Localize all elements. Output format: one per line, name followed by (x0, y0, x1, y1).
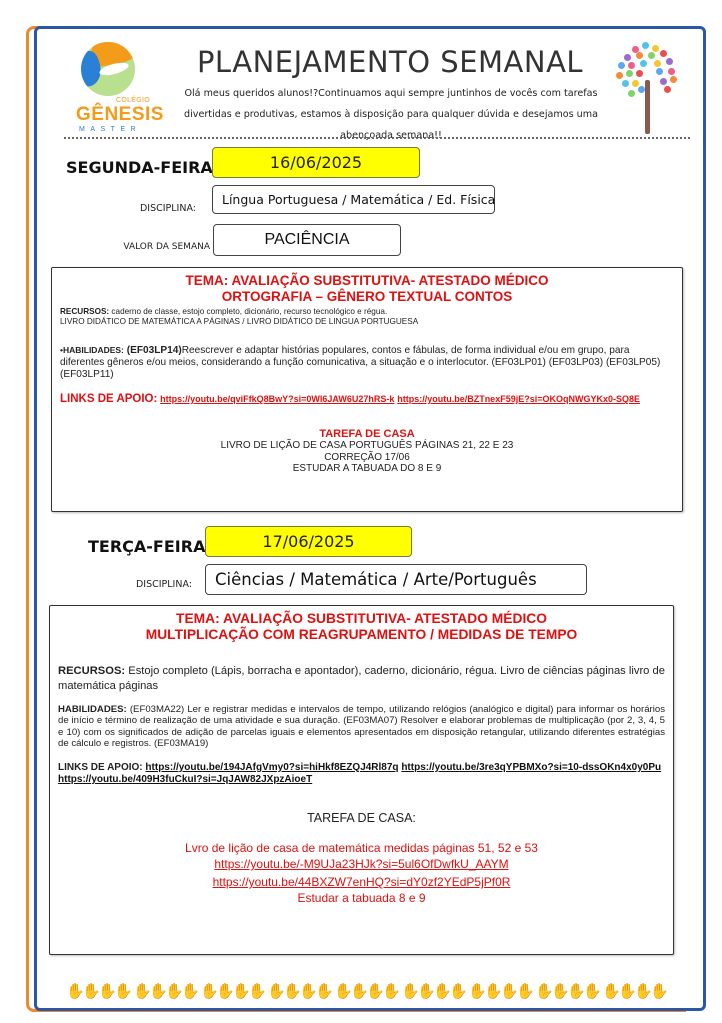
leaf-icon (636, 70, 643, 77)
valor-da-semana-field: PACIÊNCIA (213, 224, 401, 256)
hand-icon: ✋ (133, 982, 147, 1002)
leaf-icon (636, 52, 643, 59)
hand-icon: ✋ (449, 982, 463, 1002)
logo-colegio-text: COLÉGIO (116, 97, 150, 104)
hand-icon: ✋ (315, 982, 329, 1002)
logo-emblem (81, 42, 135, 96)
hand-icon: ✋ (232, 982, 246, 1002)
support-link[interactable]: https://youtu.be/3re3qYPBMXo?si=10-dssOK… (401, 762, 661, 773)
links-tuesday: LINKS DE APOIO: https://youtu.be/194JAfg… (50, 750, 673, 787)
logo-genesis-text: GÊNESIS (76, 104, 164, 126)
hand-icon: ✋ (149, 982, 163, 1002)
hand-icon: ✋ (216, 982, 230, 1002)
hand-icon: ✋ (299, 982, 313, 1002)
hand-icon: ✋ (634, 982, 648, 1002)
leaf-icon (656, 68, 663, 75)
hand-icon: ✋ (567, 982, 581, 1002)
leaf-icon (622, 80, 629, 87)
hand-icon: ✋ (98, 982, 112, 1002)
hand-icon: ✋ (551, 982, 565, 1002)
leaf-icon (618, 62, 625, 69)
support-link[interactable]: https://youtu.be/194JAfgVmy0?si=hiHkf8EZ… (145, 762, 398, 773)
hand-icon: ✋ (468, 982, 482, 1002)
hand-icon: ✋ (500, 982, 514, 1002)
tema-title-tuesday: TEMA: AVALIAÇÃO SUBSTITUTIVA- ATESTADO M… (50, 611, 673, 643)
hand-icon: ✋ (283, 982, 297, 1002)
valor-label: VALOR DA SEMANA (80, 242, 210, 252)
hand-icon: ✋ (181, 982, 195, 1002)
leaf-icon (652, 45, 659, 52)
links-monday: LINKS DE APOIO: https://youtu.be/qviFfkQ… (52, 381, 682, 406)
day-label-monday: SEGUNDA-FEIRA (66, 158, 213, 177)
hand-icon: ✋ (382, 982, 396, 1002)
hand-icon: ✋ (66, 982, 80, 1002)
leaf-icon (640, 60, 647, 67)
logo-master-text: MASTER (79, 126, 141, 133)
lesson-box-monday: TEMA: AVALIAÇÃO SUBSTITUTIVA- ATESTADO M… (51, 267, 683, 512)
day-label-tuesday: TERÇA-FEIRA (88, 537, 205, 556)
leaf-icon (666, 58, 673, 65)
recursos-monday: RECURSOS: caderno de classe, estojo comp… (52, 305, 682, 327)
homework-link[interactable]: https://youtu.be/-M9UJa23HJk?si=5ul6OfDw… (214, 857, 508, 871)
date-badge-monday: 16/06/2025 (212, 147, 420, 178)
hand-icon: ✋ (267, 982, 281, 1002)
leaf-icon (648, 52, 655, 59)
leaf-icon (654, 60, 661, 67)
leaf-icon (668, 68, 675, 75)
disciplina-field-monday: Língua Portuguesa / Matemática / Ed. Fís… (212, 185, 495, 214)
leaf-icon (660, 50, 667, 57)
leaf-icon (616, 72, 623, 79)
colorful-tree-icon (612, 40, 678, 134)
leaf-icon (664, 86, 671, 93)
leaf-icon (628, 90, 635, 97)
hand-icon: ✋ (366, 982, 380, 1002)
leaf-icon (660, 78, 667, 85)
header-divider (64, 137, 690, 139)
habilidades-monday: •HABILIDADES: (EF03LP14)Reescrever e ada… (52, 327, 682, 381)
leaf-icon (670, 76, 677, 83)
hand-icon: ✋ (650, 982, 664, 1002)
leaf-icon (624, 54, 631, 61)
disciplina-label-monday: DISCIPLINA: (100, 203, 196, 214)
hand-icon: ✋ (618, 982, 632, 1002)
hand-icon: ✋ (583, 982, 597, 1002)
tarefa-tuesday: TAREFA DE CASA: Lvro de lição de casa de… (50, 787, 673, 906)
hand-icon: ✋ (401, 982, 415, 1002)
hand-icon: ✋ (535, 982, 549, 1002)
hand-icon: ✋ (417, 982, 431, 1002)
tema-title-monday: TEMA: AVALIAÇÃO SUBSTITUTIVA- ATESTADO M… (52, 273, 682, 305)
colorful-hands-border-icon: ✋✋✋✋✋✋✋✋✋✋✋✋✋✋✋✋✋✋✋✋✋✋✋✋✋✋✋✋✋✋✋✋✋✋✋✋ (66, 982, 666, 1006)
hand-icon: ✋ (114, 982, 128, 1002)
hand-icon: ✋ (248, 982, 262, 1002)
support-link[interactable]: https://youtu.be/qviFfkQ8BwY?si=0Wl6JAW6… (160, 394, 394, 404)
hand-icon: ✋ (350, 982, 364, 1002)
leaf-icon (638, 86, 645, 93)
leaf-icon (626, 70, 633, 77)
tarefa-monday: TAREFA DE CASA LIVRO DE LIÇÃO DE CASA PO… (52, 406, 682, 475)
hand-icon: ✋ (82, 982, 96, 1002)
support-link[interactable]: https://youtu.be/BZTnexF59jE?si=OKOqNWGY… (397, 394, 640, 404)
hand-icon: ✋ (516, 982, 530, 1002)
hand-icon: ✋ (433, 982, 447, 1002)
disciplina-field-tuesday: Ciências / Matemática / Arte/Português (205, 564, 587, 595)
page-title: PLANEJAMENTO SEMANAL (170, 45, 610, 79)
date-badge-tuesday: 17/06/2025 (205, 526, 412, 557)
disciplina-label-tuesday: DISCIPLINA: (100, 579, 192, 590)
hand-icon: ✋ (165, 982, 179, 1002)
support-link[interactable]: https://youtu.be/409H3fuCkuI?si=JqJAW82J… (58, 774, 312, 785)
recursos-tuesday: RECURSOS: Estojo completo (Lápis, borrac… (50, 643, 673, 693)
hand-icon: ✋ (484, 982, 498, 1002)
school-logo-icon: COLÉGIO GÊNESIS MASTER (76, 42, 156, 132)
leaf-icon (632, 80, 639, 87)
homework-link[interactable]: https://youtu.be/44BXZW7enHQ?si=dY0zf2YE… (213, 875, 511, 889)
hand-icon: ✋ (334, 982, 348, 1002)
leaf-icon (628, 62, 635, 69)
leaf-icon (642, 42, 649, 49)
hand-icon: ✋ (200, 982, 214, 1002)
hand-icon: ✋ (602, 982, 616, 1002)
lesson-box-tuesday: TEMA: AVALIAÇÃO SUBSTITUTIVA- ATESTADO M… (49, 605, 674, 955)
habilidades-tuesday: HABILIDADES: (EF03MA22) Ler e registrar … (50, 693, 673, 750)
